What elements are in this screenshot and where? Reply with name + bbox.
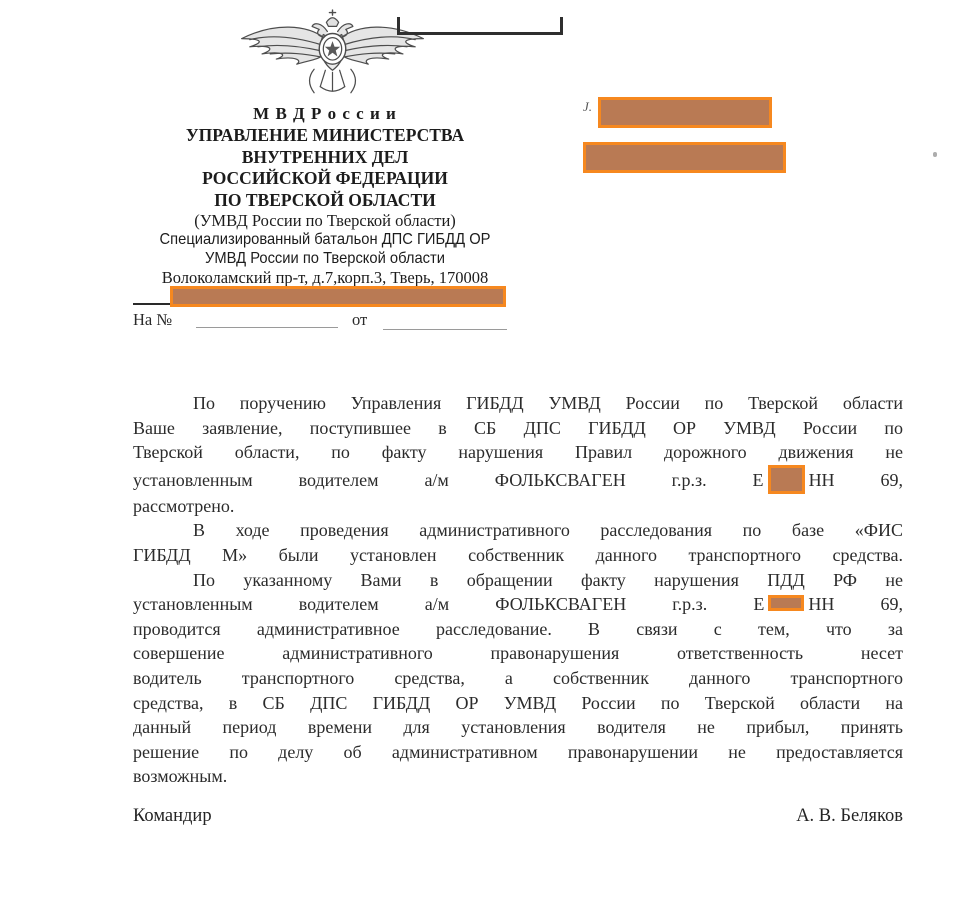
signature-role: Командир: [133, 806, 212, 827]
ot-label: от: [352, 310, 367, 330]
letterhead-line-umvd: УМВД России по Тверской области: [132, 249, 518, 268]
redaction-box-addressee: [583, 142, 786, 173]
redaction-box-date-number: [598, 97, 772, 128]
letterhead-line-mvd: М В Д Р о с с и и: [115, 103, 535, 125]
scan-bracket-mark: [397, 17, 563, 35]
body-p3-line1: По указанному Вами в обращении факту нар…: [133, 568, 903, 593]
redaction-box-outgoing-number: [170, 286, 506, 307]
letterhead-line-upravlenie: УПРАВЛЕНИЕ МИНИСТЕРСТВА: [115, 125, 535, 147]
body-p1-line1: По поручению Управления ГИБДД УМВД Росси…: [133, 391, 903, 416]
letterhead-line-address: Волоколамский пр-т, д.7,корп.3, Тверь, 1…: [115, 268, 535, 287]
body-p3-line3: проводится административное расследовани…: [133, 617, 903, 642]
na-number-underline: [196, 327, 338, 328]
body-p3-line4: совершение административного правонаруше…: [133, 641, 903, 666]
body-p1-line4-post: НН 69,: [809, 470, 903, 490]
letterhead-line-vnutrennih: ВНУТРЕННИХ ДЕЛ: [115, 147, 535, 169]
na-number-label: На №: [133, 310, 172, 330]
body-p2-line1: В ходе проведения административного расс…: [133, 518, 903, 543]
reference-dash-line: [133, 303, 173, 305]
letter-body: По поручению Управления ГИБДД УМВД Росси…: [133, 391, 903, 789]
body-p3-line2-pre: установленным водителем а/м ФОЛЬКСВАГЕН …: [133, 594, 764, 614]
letterhead-line-batalion: Специализированный батальон ДПС ГИБДД ОР: [132, 230, 518, 249]
letterhead-line-oblast: ПО ТВЕРСКОЙ ОБЛАСТИ: [115, 190, 535, 212]
body-p3-line5: водитель транспортного средства, а собст…: [133, 666, 903, 691]
body-p3-line2: установленным водителем а/м ФОЛЬКСВАГЕН …: [133, 592, 903, 617]
body-p1-line5: рассмотрено.: [133, 494, 903, 519]
ot-date-underline: [383, 329, 507, 330]
body-p1-line4: установленным водителем а/м ФОЛЬКСВАГЕН …: [133, 465, 903, 494]
body-p3-line6: средства, в СБ ДПС ГИБДД ОР УМВД России …: [133, 691, 903, 716]
signature-name: А. В. Беляков: [796, 806, 903, 827]
scan-speck-mark: [933, 152, 937, 157]
body-p1-line3: Тверской области, по факту нарушения Пра…: [133, 440, 903, 465]
redaction-box-plate-1: [768, 465, 805, 494]
body-p3-line2-post: НН 69,: [808, 594, 903, 614]
scanned-letter-page: М В Д Р о с с и и УПРАВЛЕНИЕ МИНИСТЕРСТВ…: [0, 0, 960, 905]
handwritten-mark: J.: [583, 99, 592, 115]
body-p1-line2: Ваше заявление, поступившее в СБ ДПС ГИБ…: [133, 416, 903, 441]
body-p2-line2: ГИБДД М» были установлен собственник дан…: [133, 543, 903, 568]
body-p3-line9: возможным.: [133, 764, 903, 789]
body-p3-line7: данный период времени для установления в…: [133, 715, 903, 740]
body-p3-line8: решение по делу об административном прав…: [133, 740, 903, 765]
letterhead-line-federacii: РОССИЙСКОЙ ФЕДЕРАЦИИ: [115, 168, 535, 190]
letterhead-line-umvd-paren: (УМВД России по Тверской области): [115, 211, 535, 230]
redaction-box-plate-2: [768, 595, 804, 611]
signature-row: Командир А. В. Беляков: [133, 806, 903, 827]
body-p1-line4-pre: установленным водителем а/м ФОЛЬКСВАГЕН …: [133, 470, 764, 490]
letterhead: М В Д Р о с с и и УПРАВЛЕНИЕ МИНИСТЕРСТВ…: [115, 103, 535, 287]
